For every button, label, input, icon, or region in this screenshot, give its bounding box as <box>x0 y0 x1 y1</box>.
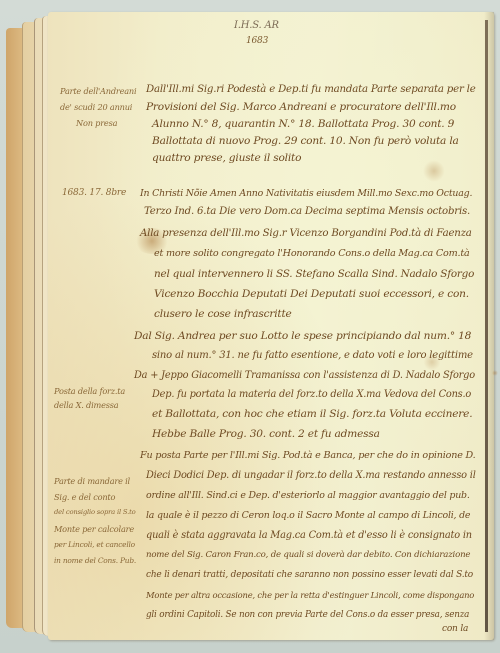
text-line: Terzo Ind. 6.ta Die vero Dom.ca Decima s… <box>144 206 470 217</box>
stain <box>423 160 445 182</box>
text-line: Dall'Ill.mi Sig.ri Podestà e Dep.ti fu m… <box>146 84 476 95</box>
text-line: et more solito congregato l'Honorando Co… <box>154 248 470 259</box>
text-line: Alunno N.° 8, quarantin N.° 18. Ballotta… <box>152 118 454 130</box>
margin-note: del consiglio sopra il S.to <box>54 508 136 516</box>
margin-note: Posta della forz.ta <box>54 386 125 396</box>
text-line: sino al num.° 31. ne fu fatto esentione,… <box>152 350 473 361</box>
margin-note: Parte dell'Andreani <box>60 86 136 96</box>
margin-date: 1683. 17. 8bre <box>62 188 126 198</box>
catchword: con la <box>442 624 468 634</box>
text-line: nel qual intervennero li SS. Stefano Sca… <box>154 268 474 280</box>
manuscript-page: I.H.S. AR 1683 Parte dell'Andreani de' s… <box>48 12 494 640</box>
margin-note: Non presa <box>76 118 117 128</box>
monogram-header: I.H.S. AR <box>234 20 279 31</box>
text-line: Dal Sig. Andrea per suo Lotto le spese p… <box>134 330 471 342</box>
stain <box>492 370 498 376</box>
text-line: ordine all'Ill. Sind.ci e Dep. d'esterio… <box>146 490 470 501</box>
margin-note: per Lincoli, et cancello <box>54 540 135 549</box>
text-line: Dieci Dodici Dep. di ungadar il forz.to … <box>146 470 476 481</box>
text-line: quattro prese, giuste il solito <box>152 152 301 164</box>
text-line: clusero le cose infrascritte <box>154 308 292 320</box>
binding-gutter <box>485 20 488 632</box>
text-line: Da + Jeppo Giacomelli Tramanissa con l'a… <box>134 370 475 381</box>
year-header: 1683 <box>246 36 268 46</box>
text-line: Vicenzo Bocchia Deputati Dei Deputati su… <box>154 288 469 300</box>
text-line: nome del Sig. Caron Fran.co, de quali si… <box>146 550 470 560</box>
text-line: In Christi Nõie Amen Anno Nativitatis ei… <box>140 188 472 199</box>
margin-note: de' scudi 20 annui <box>60 102 132 112</box>
text-line: et Ballottata, con hoc che etiam il Sig.… <box>152 408 472 420</box>
margin-note: della X. dimessa <box>54 400 118 410</box>
text-line: Ballottata di nuovo Prog. 29 cont. 10. N… <box>152 135 459 147</box>
margin-note: Sig. e del conto <box>54 492 115 502</box>
text-line: Hebbe Balle Prog. 30. cont. 2 et fu adme… <box>152 428 380 440</box>
text-line: Provisioni del Sig. Marco Andreani e pro… <box>146 101 456 113</box>
text-line: quali è stata aggravata la Mag.ca Com.tà… <box>146 530 472 541</box>
text-line: Dep. fu portata la materia del forz.to d… <box>152 389 471 400</box>
text-line: Fu posta Parte per l'Ill.mi Sig. Pod.tà … <box>140 450 476 461</box>
text-line: la quale è il pezzo di Ceron loq.o il Sa… <box>146 510 470 521</box>
margin-note: in nome del Cons. Pub. <box>54 556 136 565</box>
margin-note: Monte per calcolare <box>54 524 134 534</box>
text-line: Alla presenza dell'Ill.mo Sig.r Vicenzo … <box>140 228 472 239</box>
margin-note: Parte di mandare il <box>54 476 130 486</box>
text-line: gli ordini Capitoli. Se non con previa P… <box>146 610 469 620</box>
text-line: Monte per altra occasione, che per la re… <box>146 590 474 600</box>
text-line: che li denari tratti, depositati che sar… <box>146 570 473 580</box>
